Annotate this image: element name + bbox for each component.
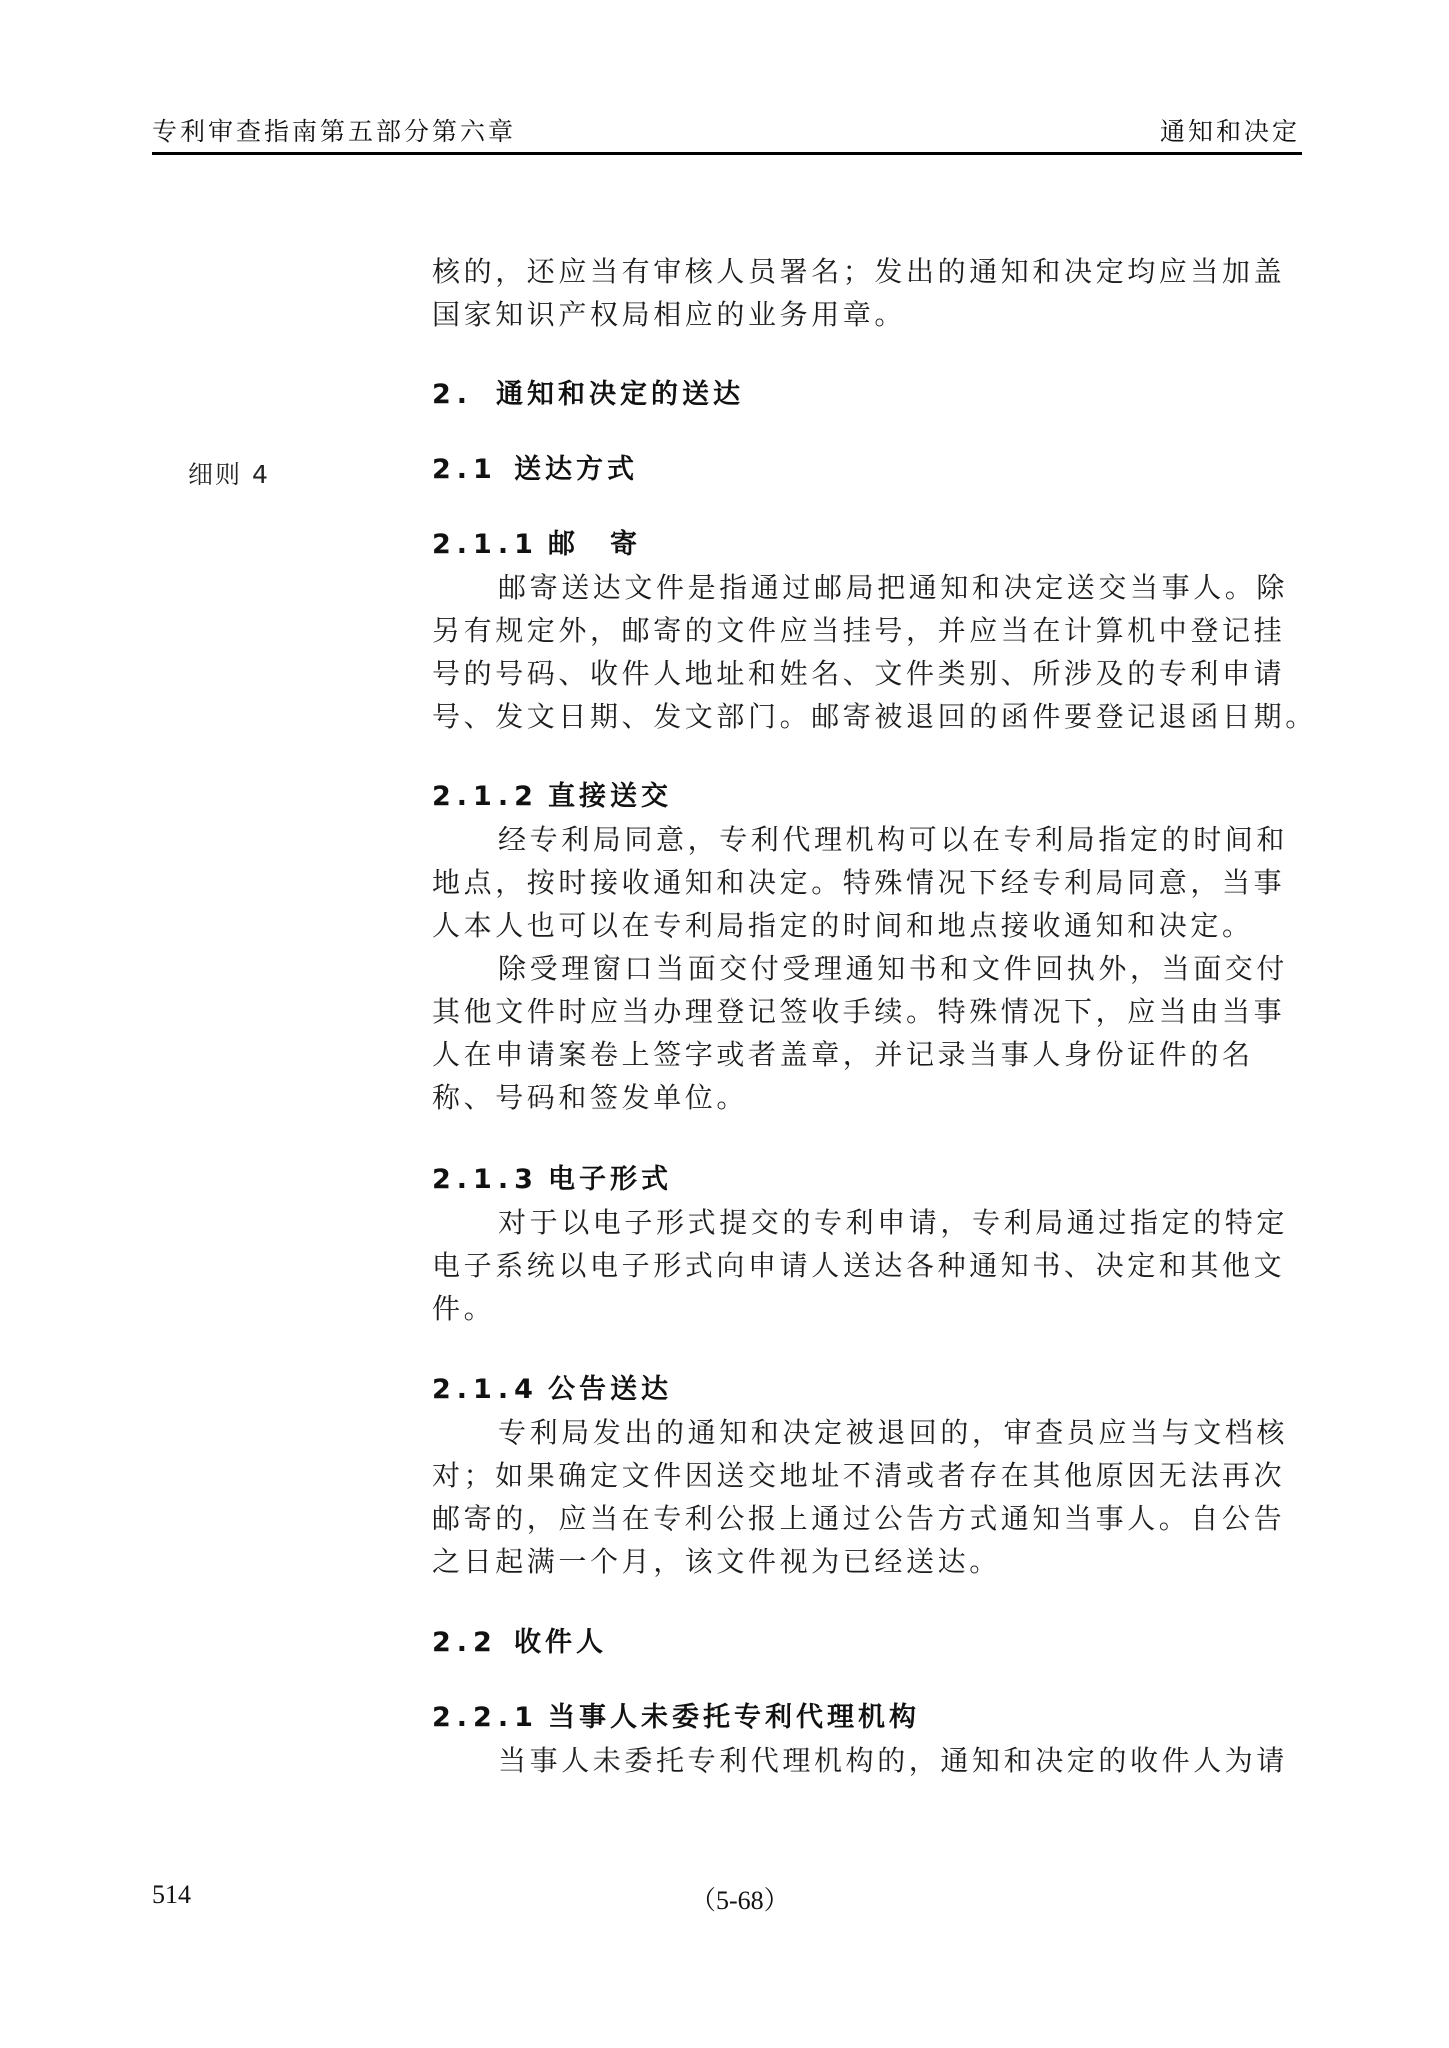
text-line: 对于以电子形式提交的专利申请，专利局通过指定的特定 <box>432 1201 1302 1244</box>
heading-number: 2.1.3 <box>432 1158 548 1201</box>
text-line: 国家知识产权局相应的业务用章。 <box>432 293 1302 336</box>
text-line: 除受理窗口当面交付受理通知书和文件回执外，当面交付 <box>432 947 1302 990</box>
text-line: 当事人未委托专利代理机构的，通知和决定的收件人为请 <box>432 1739 1302 1782</box>
heading-title: 收件人 <box>514 1627 607 1658</box>
text-line: 经专利局同意，专利代理机构可以在专利局指定的时间和 <box>432 818 1302 861</box>
section-2-1-1: 2.1.1邮 寄 邮寄送达文件是指通过邮局把通知和决定送交当事人。除 另有规定外… <box>432 523 1302 738</box>
heading-title: 电子形式 <box>548 1164 672 1195</box>
heading-2: 2.通知和决定的送达 <box>432 373 1302 416</box>
heading-number: 2.2 <box>432 1621 514 1664</box>
text-line: 人在申请案卷上签字或者盖章，并记录当事人身份证件的名 <box>432 1033 1302 1076</box>
heading-2-1: 2.1送达方式 <box>432 448 1302 491</box>
heading-number: 2. <box>432 373 496 416</box>
header-section-title: 通知和决定 <box>1160 112 1300 148</box>
heading-title: 通知和决定的送达 <box>496 379 744 410</box>
heading-title: 当事人未委托专利代理机构 <box>548 1702 920 1733</box>
text-line: 之日起满一个月，该文件视为已经送达。 <box>432 1540 1302 1583</box>
text-line: 其他文件时应当办理登记签收手续。特殊情况下，应当由当事 <box>432 990 1302 1033</box>
header-chapter-title: 专利审查指南第五部分第六章 <box>152 112 516 148</box>
section-2-2-1: 2.2.1当事人未委托专利代理机构 当事人未委托专利代理机构的，通知和决定的收件… <box>432 1696 1302 1782</box>
margin-note-rule-reference: 细则 4 <box>188 455 270 491</box>
section-2-1-2: 2.1.2直接送交 经专利局同意，专利代理机构可以在专利局指定的时间和 地点，按… <box>432 775 1302 1119</box>
heading-title: 送达方式 <box>514 454 638 485</box>
heading-number: 2.1.1 <box>432 523 548 566</box>
intro-paragraph: 核的，还应当有审核人员署名；发出的通知和决定均应当加盖 国家知识产权局相应的业务… <box>432 250 1302 336</box>
text-line: 邮寄送达文件是指通过邮局把通知和决定送交当事人。除 <box>432 566 1302 609</box>
text-line: 号、发文日期、发文部门。邮寄被退回的函件要登记退函日期。 <box>432 695 1302 738</box>
text-line: 称、号码和签发单位。 <box>432 1076 1302 1119</box>
section-2-1-4: 2.1.4公告送达 专利局发出的通知和决定被退回的，审查员应当与文档核 对；如果… <box>432 1368 1302 1583</box>
section-2-1-3: 2.1.3电子形式 对于以电子形式提交的专利申请，专利局通过指定的特定 电子系统… <box>432 1158 1302 1330</box>
text-line: 地点，按时接收通知和决定。特殊情况下经专利局同意，当事 <box>432 861 1302 904</box>
heading-number: 2.1.2 <box>432 775 548 818</box>
heading-number: 2.2.1 <box>432 1696 548 1739</box>
text-line: 电子系统以电子形式向申请人送达各种通知书、决定和其他文 <box>432 1244 1302 1287</box>
text-line: 专利局发出的通知和决定被退回的，审查员应当与文档核 <box>432 1411 1302 1454</box>
heading-title: 公告送达 <box>548 1374 672 1405</box>
heading-number: 2.1 <box>432 448 514 491</box>
page-number: 514 <box>152 1880 191 1910</box>
heading-2-2: 2.2收件人 <box>432 1621 1302 1664</box>
text-line: 对；如果确定文件因送交地址不清或者存在其他原因无法再次 <box>432 1454 1302 1497</box>
header-rule <box>152 152 1302 155</box>
text-line: 核的，还应当有审核人员署名；发出的通知和决定均应当加盖 <box>432 250 1302 293</box>
running-header: 专利审查指南第五部分第六章 通知和决定 <box>152 112 1302 152</box>
document-page: 专利审查指南第五部分第六章 通知和决定 核的，还应当有审核人员署名；发出的通知和… <box>0 0 1449 2048</box>
heading-title: 直接送交 <box>548 781 672 812</box>
text-line: 邮寄的，应当在专利公报上通过公告方式通知当事人。自公告 <box>432 1497 1302 1540</box>
text-line: 号的号码、收件人地址和姓名、文件类别、所涉及的专利申请 <box>432 652 1302 695</box>
heading-title: 邮 寄 <box>548 529 641 560</box>
text-line: 人本人也可以在专利局指定的时间和地点接收通知和决定。 <box>432 904 1302 947</box>
text-line: 件。 <box>432 1287 1302 1330</box>
heading-number: 2.1.4 <box>432 1368 548 1411</box>
text-line: 另有规定外，邮寄的文件应当挂号，并应当在计算机中登记挂 <box>432 609 1302 652</box>
section-page-number: （5-68） <box>690 1880 790 1917</box>
